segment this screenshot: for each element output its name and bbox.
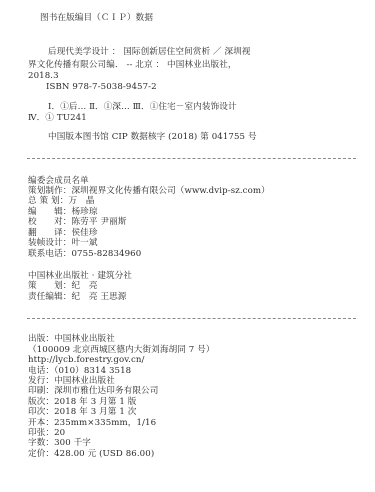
editorial-label: 策划制作： bbox=[28, 186, 71, 196]
editorial-value: 陈劳平 尹丽斯 bbox=[71, 217, 126, 227]
editorial-label: 编 辑： bbox=[28, 207, 71, 217]
editorial-row: 编 辑：杨珍琼 bbox=[28, 207, 98, 217]
publication-price: 定价：428.00 元 (USD 86.00) bbox=[28, 449, 154, 459]
publisher-branch-row: 责任编辑：纪 亮 王思源 bbox=[28, 292, 126, 302]
editorial-label: 校 对： bbox=[28, 217, 71, 227]
publisher-branch-row: 策 划：纪 亮 bbox=[28, 281, 98, 291]
cip-classification-line-1: Ⅰ．①后… Ⅱ．①深… Ⅲ．①住宅－室内装饰设计 bbox=[48, 102, 237, 112]
editorial-value: 万 晶 bbox=[68, 196, 94, 206]
divider-1 bbox=[27, 158, 356, 159]
publication-sheets: 印张：20 bbox=[28, 428, 65, 438]
publication-publisher: 出版：中国林业出版社 bbox=[28, 334, 115, 344]
cip-title-line-3: 2018.3 bbox=[28, 71, 59, 81]
publication-distributor: 发行：中国林业出版社 bbox=[28, 376, 115, 386]
editorial-label: 翻 译： bbox=[28, 228, 71, 238]
publisher-branch-value: 纪 亮 王思源 bbox=[71, 292, 126, 302]
editorial-value: 深圳视界文化传播有限公司（www.dvip-sz.com） bbox=[71, 186, 269, 196]
cip-title-line-2: 界文化传播有限公司编． -- 北京 ： 中国林业出版社， bbox=[28, 60, 237, 70]
editorial-label: 总 策 划： bbox=[28, 196, 68, 206]
publisher-branch-label: 策 划： bbox=[28, 281, 71, 291]
cip-title-line-1: 后现代美学设计 ： 国际创新居住空间赏析 ／ 深圳视 bbox=[48, 47, 251, 57]
editorial-row: 总 策 划：万 晶 bbox=[28, 196, 95, 206]
editorial-row: 翻 译：侯佳珍 bbox=[28, 228, 98, 238]
cip-isbn: ISBN 978-7-5038-9457-2 bbox=[46, 82, 157, 92]
publication-printing: 印次：2018 年 3 月第 1 次 bbox=[28, 407, 136, 417]
cip-classification-line-2: Ⅳ．① TU241 bbox=[28, 113, 87, 123]
cip-verification-number: 中国版本图书馆 CIP 数据核字 (2018) 第 041755 号 bbox=[48, 132, 257, 142]
divider-2 bbox=[27, 318, 356, 319]
editorial-value: 侯佳珍 bbox=[71, 228, 97, 238]
publisher-branch-label: 责任编辑： bbox=[28, 292, 71, 302]
editorial-row: 策划制作：深圳视界文化传播有限公司（www.dvip-sz.com） bbox=[28, 186, 270, 196]
editorial-row: 校 对：陈劳平 尹丽斯 bbox=[28, 217, 126, 227]
publisher-branch-heading: 中国林业出版社 · 建筑分社 bbox=[28, 271, 132, 281]
publication-format: 开本：235mm×335mm，1/16 bbox=[28, 418, 156, 428]
publication-address: （100009 北京西城区德内大街刘海胡同 7 号） bbox=[28, 345, 215, 355]
editorial-value: 杨珍琼 bbox=[71, 207, 97, 217]
publisher-branch-value: 纪 亮 bbox=[71, 281, 97, 291]
editorial-row: 装帧设计：叶一斌 bbox=[28, 238, 98, 248]
editorial-heading: 编委会成员名单 bbox=[28, 176, 89, 186]
cip-heading: 图书在版编目（ＣＩＰ）数据 bbox=[40, 13, 153, 23]
publication-phone: 电话：（010）8314 3518 bbox=[28, 366, 131, 376]
publication-printer: 印刷：深圳市雅仕达印务有限公司 bbox=[28, 386, 158, 396]
publication-word-count: 字数：300 千字 bbox=[28, 438, 91, 448]
editorial-label: 装帧设计： bbox=[28, 238, 71, 248]
publication-edition: 版次：2018 年 3 月第 1 版 bbox=[28, 397, 136, 407]
editorial-row: 联系电话：0755-82834960 bbox=[28, 249, 141, 259]
editorial-value: 叶一斌 bbox=[71, 238, 97, 248]
editorial-label: 联系电话： bbox=[28, 249, 71, 259]
publication-website-link[interactable]: http://lycb.forestry.gov.cn/ bbox=[28, 355, 145, 365]
editorial-value: 0755-82834960 bbox=[71, 249, 141, 259]
